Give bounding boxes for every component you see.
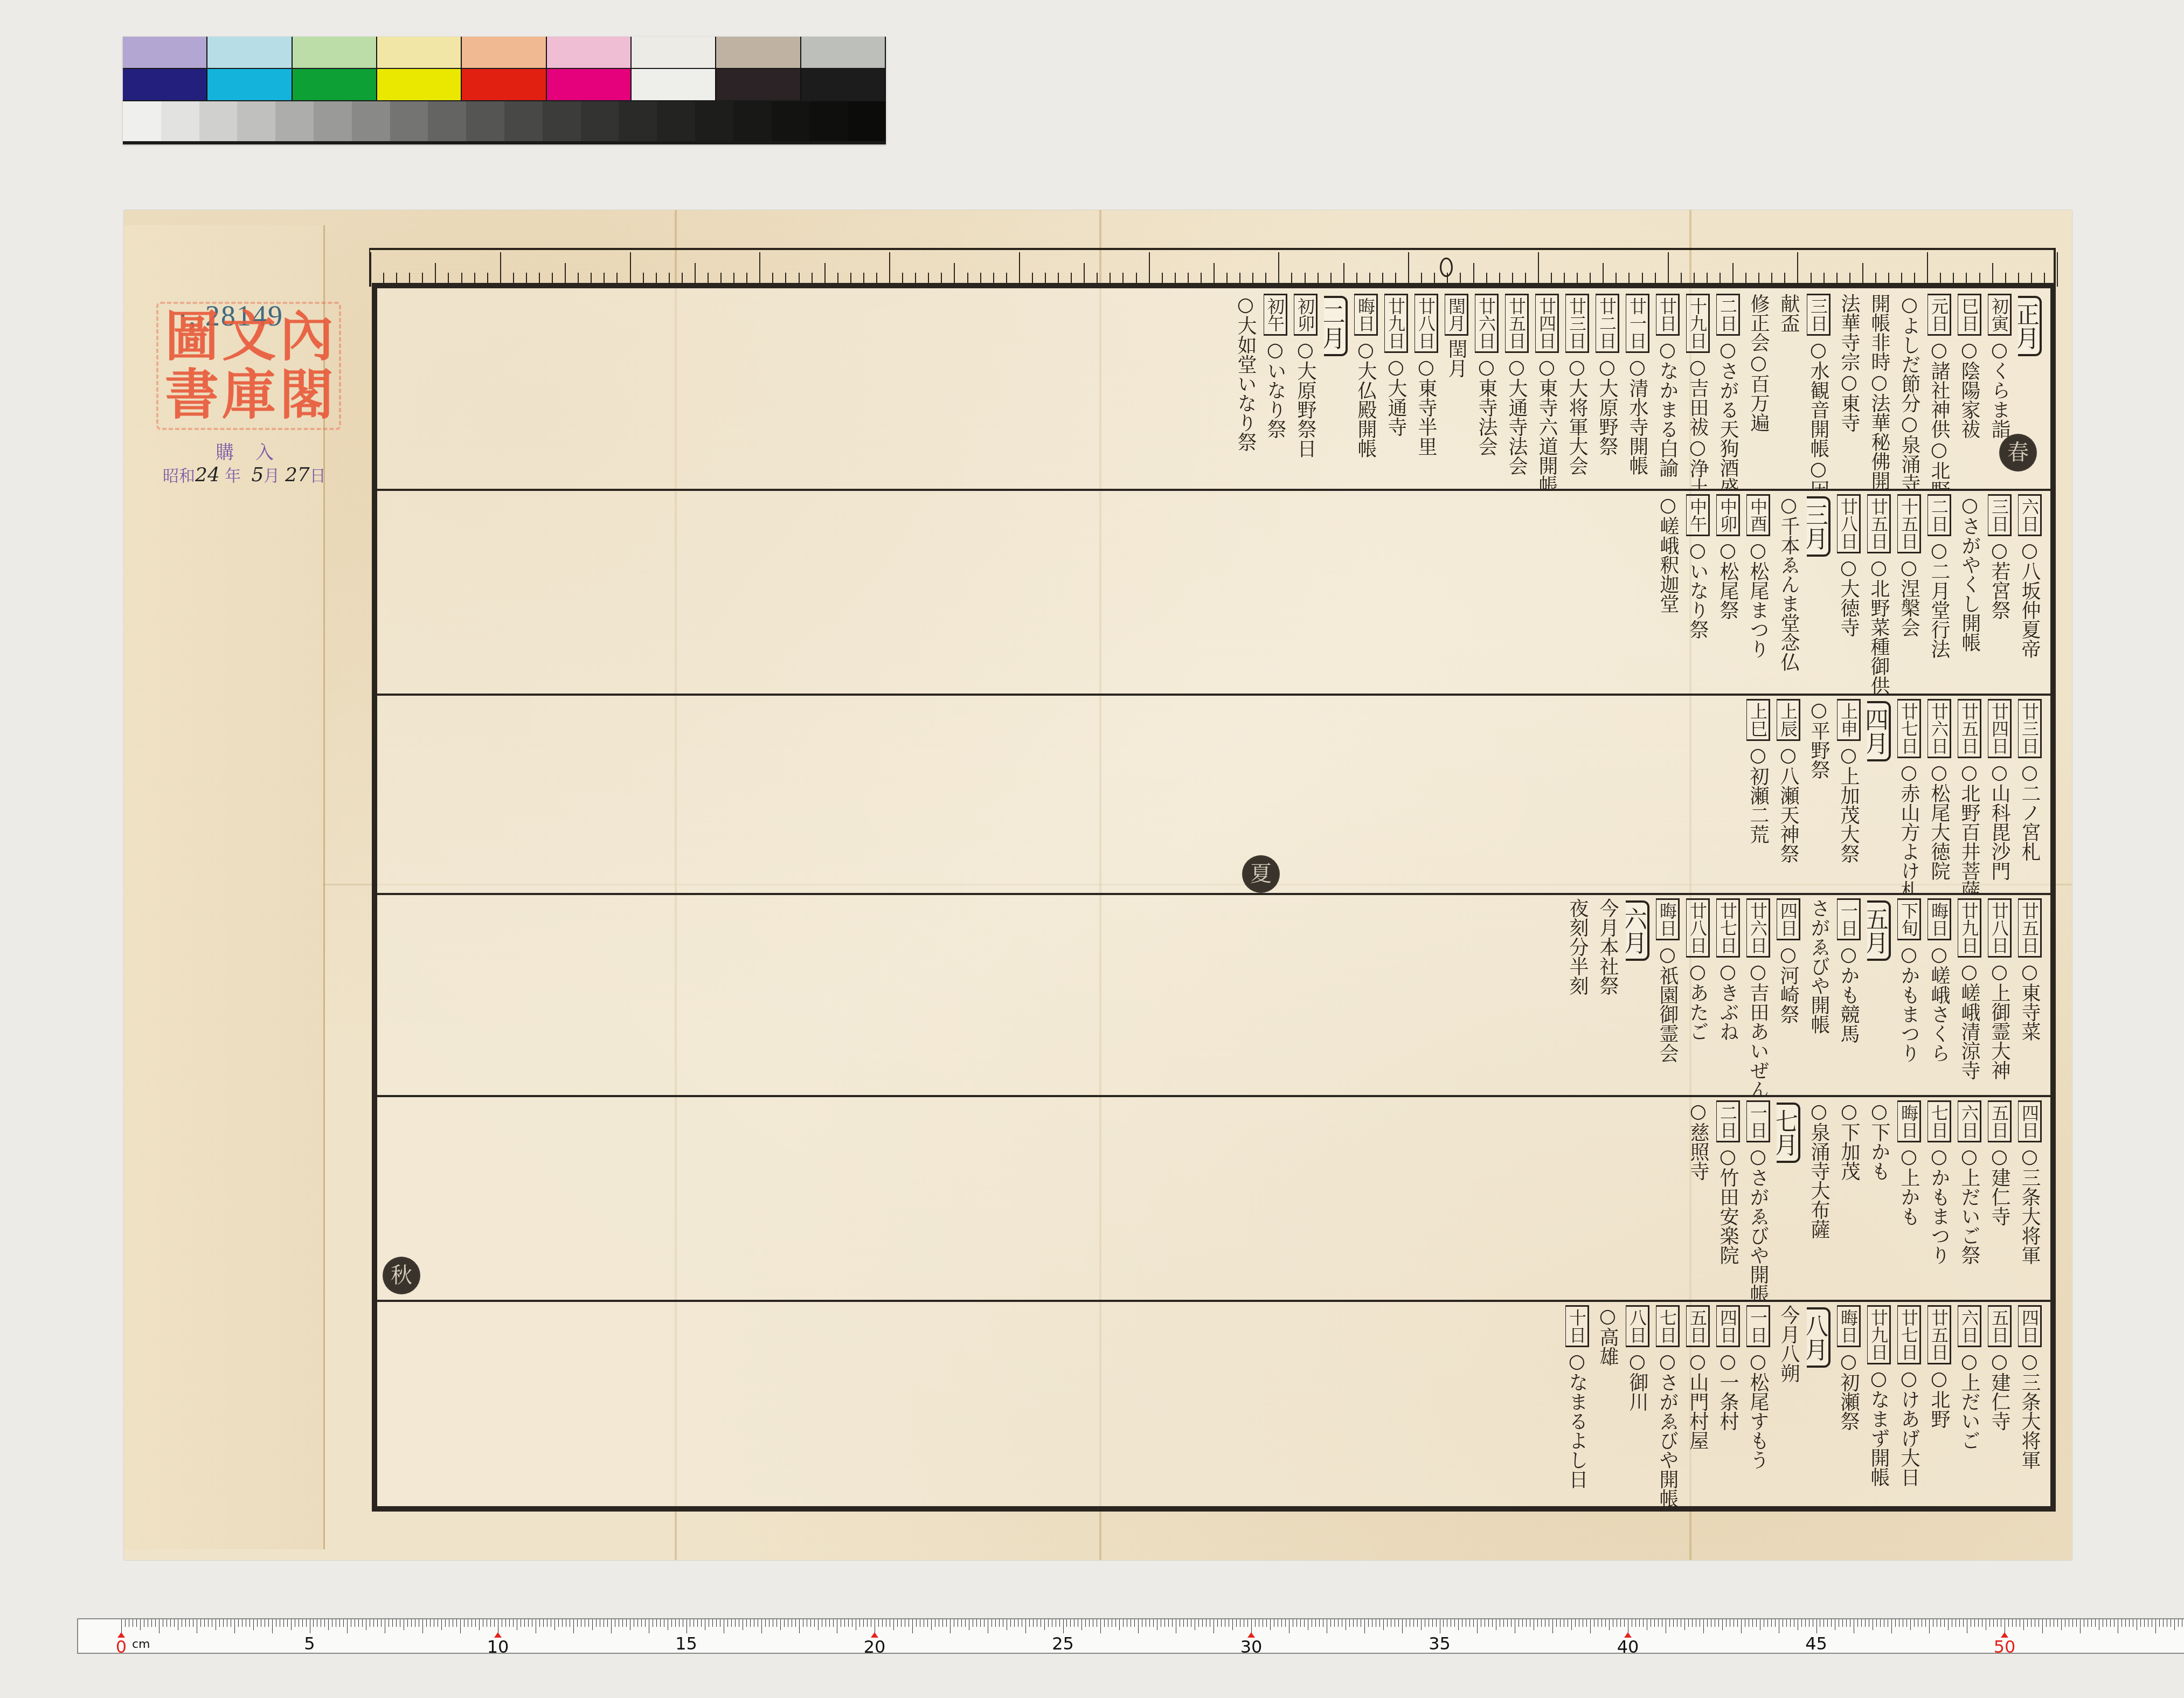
- gray-step: [619, 101, 657, 141]
- ruler-tick: [1726, 1619, 1727, 1627]
- day-label: 四日: [1716, 1305, 1740, 1347]
- ruler-tick: [961, 1619, 962, 1627]
- gray-step: [848, 101, 886, 141]
- event-text: ○かもまつり: [1928, 1146, 1950, 1265]
- ruler-tick: [1334, 1619, 1335, 1627]
- ruler-tick: [1647, 1619, 1647, 1630]
- ruler-tick: [1346, 1619, 1346, 1630]
- ruler-tick: [528, 1619, 529, 1627]
- color-checker-saturated-row: [123, 69, 886, 100]
- ruler-tick: [716, 1619, 717, 1627]
- event-text: ○初瀬祭: [1838, 1350, 1860, 1431]
- event-column: 廿八日○あたご: [1686, 893, 1710, 1095]
- ruler-tick: [456, 1619, 457, 1627]
- month-column: 四月: [1867, 694, 1891, 893]
- ruler-tick: [1967, 1619, 1967, 1633]
- event-column: 廿日○なかまる白諭: [1656, 288, 1680, 489]
- season-seal-秋: 秋: [383, 1257, 420, 1294]
- ruler-tick: [1794, 1619, 1794, 1627]
- event-column: 六日○上だいご祭: [1958, 1095, 1981, 1300]
- day-label: 一日: [1746, 1305, 1770, 1347]
- ruler-tick: [784, 1619, 785, 1627]
- day-label: 三日: [1807, 294, 1831, 336]
- ruler-tick: [185, 1619, 186, 1627]
- ruler-tick: [1745, 1619, 1745, 1627]
- ruler-tick: [1959, 1619, 1960, 1627]
- ruler-tick: [468, 1619, 468, 1627]
- gray-step: [275, 101, 314, 141]
- ruler-tick: [2125, 1619, 2126, 1627]
- day-label: 三日: [1988, 494, 2012, 536]
- ruler-tick: [687, 1619, 687, 1633]
- event-column: 廿八日○東寺半里: [1415, 288, 1438, 489]
- event-text: 開帳非時○法華秘佛開帳○: [1868, 294, 1890, 489]
- day-label: 初卯: [1294, 294, 1318, 336]
- ruler-tick: [498, 1619, 498, 1633]
- ruler-tick: [611, 1619, 612, 1633]
- ruler-tick: [1899, 1619, 1899, 1627]
- ruler-tick: [2148, 1619, 2148, 1627]
- gray-step: [352, 101, 390, 141]
- gray-step: [428, 101, 466, 141]
- ruler-tick: [1010, 1619, 1011, 1627]
- day-label: 上巳: [1746, 699, 1770, 741]
- event-column: 四日○三条大将軍: [2018, 1095, 2042, 1300]
- ruler-tick: [1993, 1619, 1994, 1627]
- gray-step: [161, 101, 199, 141]
- day-label: 二日: [1716, 1100, 1740, 1142]
- ruler-tick: [848, 1619, 849, 1627]
- event-column: 七日○さがゑびや開帳: [1656, 1300, 1680, 1515]
- calendar-band: 正月初寅○くらま詣巳日○陰陽家祓元日○諸社神供○北野法堂○よしだ節分○泉涌寺舎利…: [377, 288, 2050, 491]
- ruler-tick: [746, 1619, 747, 1627]
- scale-tick: [1668, 252, 1669, 287]
- day-label: 晦日: [1897, 1100, 1921, 1142]
- ruler-tick: [901, 1619, 902, 1627]
- ruler-tick: [2133, 1619, 2133, 1627]
- ruler-tick: [1767, 1619, 1768, 1627]
- event-column: 五日○建仁寺: [1988, 1095, 2012, 1300]
- ruler-tick: [641, 1619, 642, 1627]
- month-label: 五月: [1867, 900, 1891, 961]
- ruler-tick: [280, 1619, 280, 1627]
- ruler-tick: [822, 1619, 822, 1627]
- scale-tick: [1019, 252, 1020, 287]
- day-label: 十日: [1565, 1305, 1589, 1347]
- scale-circle-marker: [1440, 258, 1453, 277]
- event-text: ○大徳寺: [1838, 557, 1860, 637]
- ruler-tick: [1933, 1619, 1933, 1627]
- ruler-tick: [204, 1619, 205, 1627]
- ruler-tick: [1368, 1619, 1369, 1627]
- ruler-tick: [1451, 1619, 1451, 1627]
- ruler-tick: [1361, 1619, 1361, 1627]
- ruler-tick: [216, 1619, 216, 1630]
- ruler-tick: [1440, 1619, 1440, 1633]
- day-label: 元日: [1928, 294, 1951, 336]
- ruler-tick: [1609, 1619, 1610, 1630]
- ruler-tick: [1202, 1619, 1203, 1627]
- ruler-tick: [1971, 1619, 1971, 1627]
- ruler-tick: [829, 1619, 830, 1627]
- ruler-tick: [1639, 1619, 1640, 1627]
- ruler-tick: [1244, 1619, 1244, 1627]
- ruler-tick: [1157, 1619, 1157, 1630]
- ruler-tick: [223, 1619, 224, 1627]
- ruler-tick: [856, 1619, 856, 1630]
- event-text: ○いなり祭: [1264, 339, 1286, 439]
- event-column: ○千本ゑんま堂念仏: [1777, 489, 1800, 694]
- ruler-tick: [1519, 1619, 1519, 1627]
- ruler-tick: [1906, 1619, 1907, 1627]
- day-label: 中午: [1686, 494, 1710, 536]
- season-seal-春: 春: [1999, 434, 2037, 472]
- event-column: ○平野祭: [1807, 694, 1831, 893]
- event-text: ○高雄: [1597, 1305, 1619, 1366]
- ruler-tick: [988, 1619, 988, 1633]
- ruler-tick: [1357, 1619, 1357, 1627]
- ruler-tick: [1696, 1619, 1696, 1627]
- ruler-label: 35: [1429, 1633, 1451, 1654]
- event-text: ○東寺半里: [1415, 356, 1437, 456]
- ruler-tick: [1187, 1619, 1188, 1627]
- event-column: 廿五日○東寺菜: [2018, 893, 2042, 1095]
- ruler-tick: [1613, 1619, 1613, 1627]
- ruler-tick: [1353, 1619, 1354, 1627]
- ruler-tick: [2159, 1619, 2160, 1627]
- ruler-tick: [1707, 1619, 1708, 1627]
- day-label: 四日: [1777, 898, 1800, 940]
- ruler-tick: [1986, 1619, 1986, 1630]
- event-text: ○建仁寺: [1988, 1350, 2010, 1431]
- ruler-tick: [1974, 1619, 1975, 1627]
- ruler-tick: [826, 1619, 826, 1627]
- ruler-tick: [2012, 1619, 2013, 1627]
- event-column: 今月八朔: [1777, 1300, 1800, 1515]
- ruler-tick: [980, 1619, 981, 1627]
- gray-step: [466, 101, 504, 141]
- ruler-tick: [389, 1619, 389, 1627]
- ruler-tick: [1496, 1619, 1496, 1630]
- day-label: 晦日: [1837, 1305, 1861, 1347]
- event-column: 五日○建仁寺: [1988, 1300, 2012, 1515]
- ruler-tick: [1715, 1619, 1715, 1627]
- ruler-tick: [2091, 1619, 2092, 1627]
- ruler-tick: [381, 1619, 382, 1627]
- ruler-tick: [1681, 1619, 1681, 1627]
- ruler-tick: [859, 1619, 860, 1627]
- library-seal: 內閣文庫圖書: [156, 302, 341, 430]
- ruler-tick: [2042, 1619, 2043, 1633]
- ruler-tick: [1406, 1619, 1406, 1627]
- ruler-tick: [253, 1619, 254, 1630]
- event-text: 献盃: [1778, 294, 1800, 332]
- event-text: ○大仏殿開帳: [1355, 339, 1377, 458]
- ruler-tick: [1149, 1619, 1150, 1627]
- ruler-tick: [1007, 1619, 1007, 1630]
- event-text: ○いなり祭: [1687, 539, 1709, 639]
- ruler-tick: [336, 1619, 336, 1627]
- ruler-tick: [1507, 1619, 1508, 1627]
- ruler-tick: [585, 1619, 585, 1627]
- ruler-tick: [2080, 1619, 2081, 1633]
- ruler-tick: [656, 1619, 657, 1627]
- ruler-tick: [1263, 1619, 1263, 1627]
- ruler-tick: [1857, 1619, 1858, 1627]
- ruler-tick: [167, 1619, 167, 1627]
- ruler-tick: [1537, 1619, 1538, 1627]
- event-column: 中酉○松尾まつり: [1746, 489, 1770, 694]
- ruler-tick: [1534, 1619, 1534, 1630]
- ruler-tick: [1873, 1619, 1873, 1630]
- ruler-tick: [2001, 1619, 2001, 1627]
- event-text: ○三条大将軍: [2019, 1350, 2041, 1470]
- ruler-tick: [607, 1619, 608, 1627]
- event-text: ○大如堂いなり祭: [1235, 294, 1257, 452]
- ruler-tick: [566, 1619, 566, 1627]
- ruler-tick: [1454, 1619, 1455, 1627]
- ruler-tick: [1749, 1619, 1749, 1627]
- event-text: 閏月: [1445, 339, 1467, 378]
- event-column: 二日○二月堂行法: [1928, 489, 1951, 694]
- day-label: 廿七日: [1897, 699, 1921, 758]
- ruler-tick: [2072, 1619, 2073, 1627]
- event-column: 廿七日○きぶね: [1716, 893, 1740, 1095]
- ruler-tick: [653, 1619, 653, 1627]
- ruler-tick: [2174, 1619, 2175, 1630]
- ruler-tick: [1485, 1619, 1485, 1627]
- ruler-tick: [445, 1619, 446, 1627]
- ruler-tick: [1089, 1619, 1090, 1627]
- color-swatch: [377, 69, 462, 100]
- event-text: ○一条村: [1717, 1350, 1739, 1431]
- ruler-tick: [347, 1619, 348, 1633]
- event-text: 修正会○百万遍: [1748, 294, 1770, 432]
- seal-character: 庫: [222, 368, 276, 421]
- ruler-tick: [1575, 1619, 1576, 1627]
- ruler-label: 20: [864, 1637, 886, 1657]
- ruler-tick: [1289, 1619, 1289, 1633]
- ruler-tick: [1617, 1619, 1617, 1627]
- ruler-tick: [1515, 1619, 1515, 1633]
- ruler-tick: [193, 1619, 193, 1627]
- ruler-label: 45: [1805, 1633, 1827, 1654]
- ruler-tick: [358, 1619, 359, 1627]
- ruler-tick: [1571, 1619, 1572, 1630]
- gray-step: [695, 101, 733, 141]
- ruler-tick: [494, 1619, 495, 1627]
- ruler-tick: [939, 1619, 939, 1627]
- ruler-tick: [1473, 1619, 1474, 1627]
- ruler-tick: [999, 1619, 1000, 1627]
- ruler-tick: [129, 1619, 129, 1627]
- gray-step: [543, 101, 581, 141]
- ruler-tick: [1492, 1619, 1493, 1627]
- ruler-tick: [182, 1619, 182, 1627]
- ruler-tick: [1225, 1619, 1225, 1627]
- day-label: 廿四日: [1535, 294, 1559, 353]
- color-swatch: [377, 37, 462, 68]
- top-measuring-scale: [369, 248, 2056, 287]
- ruler-tick: [1552, 1619, 1553, 1633]
- event-text: ○祇園御霊会: [1656, 944, 1679, 1063]
- ruler-tick: [299, 1619, 299, 1627]
- event-column: 中午○いなり祭: [1686, 489, 1710, 694]
- event-column: 廿二日○大原野祭: [1596, 288, 1619, 489]
- band-columns: 四日○三条大将軍五日○建仁寺六日○上だいご祭七日○かもまつり晦日○上かも○下かも…: [377, 1095, 2050, 1300]
- event-text: ○八瀬天神祭: [1777, 744, 1799, 863]
- ruler-tick: [1583, 1619, 1583, 1627]
- ruler-tick: [664, 1619, 664, 1627]
- ruler-tick: [1112, 1619, 1112, 1627]
- ruler-tick: [1131, 1619, 1131, 1627]
- ruler-tick: [1387, 1619, 1388, 1627]
- ruler-tick: [1003, 1619, 1003, 1627]
- ruler-tick: [1429, 1619, 1429, 1627]
- ruler-tick: [668, 1619, 668, 1630]
- ruler-tick: [1402, 1619, 1403, 1633]
- ruler-tick: [1044, 1619, 1045, 1630]
- month-label: 七月: [1777, 1103, 1800, 1163]
- event-text: 今月八朔: [1778, 1305, 1800, 1383]
- scale-tick: [630, 252, 631, 287]
- ruler-tick: [1037, 1619, 1037, 1627]
- event-text: ○さがゑびや開帳: [1747, 1146, 1769, 1300]
- ruler-tick: [1410, 1619, 1410, 1627]
- ruler-tick: [1138, 1619, 1139, 1633]
- ruler-tick: [351, 1619, 351, 1627]
- ruler-tick: [1315, 1619, 1316, 1627]
- ruler-tick: [1632, 1619, 1632, 1627]
- ruler-tick: [1014, 1619, 1015, 1627]
- event-column: 廿五日○大通寺法会: [1505, 288, 1529, 489]
- day-label: 七日: [1928, 1100, 1951, 1142]
- event-text: ○吉田あいぜん: [1747, 961, 1769, 1095]
- event-text: ○二月堂行法: [1928, 539, 1950, 659]
- ruler-tick: [1850, 1619, 1850, 1627]
- day-label: 晦日: [1656, 898, 1680, 940]
- month-column: 七月: [1777, 1095, 1800, 1300]
- day-label: 下旬: [1897, 898, 1921, 940]
- event-text: ○平野祭: [1808, 699, 1830, 779]
- ruler-tick: [1349, 1619, 1350, 1627]
- ruler-tick: [1100, 1619, 1101, 1633]
- gray-step: [581, 101, 619, 141]
- day-label: 中卯: [1716, 494, 1740, 536]
- ruler-tick: [1300, 1619, 1301, 1627]
- ruler-label: 0: [116, 1637, 127, 1657]
- ruler-tick: [276, 1619, 276, 1627]
- ruler-tick: [1481, 1619, 1481, 1627]
- ruler-tick: [724, 1619, 724, 1633]
- event-column: 廿四日○山科毘沙門: [1988, 694, 2012, 893]
- ruler-tick: [976, 1619, 977, 1627]
- ruler-tick: [524, 1619, 525, 1627]
- event-text: ○千本ゑんま堂念仏: [1778, 494, 1800, 671]
- seal-character: 文: [222, 309, 276, 363]
- ruler-tick: [306, 1619, 307, 1627]
- ruler-tick: [1824, 1619, 1824, 1627]
- ruler-tick: [886, 1619, 886, 1627]
- event-column: 二日○さがる天狗酒盛: [1716, 288, 1740, 489]
- ruler-tick: [626, 1619, 627, 1627]
- ruler-tick: [547, 1619, 547, 1627]
- ruler-tick: [257, 1619, 258, 1627]
- color-checker: [123, 37, 886, 144]
- ruler-tick: [151, 1619, 152, 1627]
- ruler-tick: [810, 1619, 811, 1627]
- color-swatch: [123, 69, 207, 100]
- ruler-tick: [867, 1619, 868, 1627]
- ruler-tick: [464, 1619, 464, 1627]
- ruler-tick: [1651, 1619, 1651, 1627]
- scale-tick: [1278, 252, 1279, 287]
- ruler-tick: [2039, 1619, 2039, 1627]
- ruler-tick: [261, 1619, 261, 1627]
- ruler-tick: [2008, 1619, 2009, 1627]
- day-label: 初寅: [1988, 294, 2012, 336]
- ruler-tick: [373, 1619, 374, 1627]
- ruler-tick: [1081, 1619, 1082, 1630]
- ruler-tick: [2106, 1619, 2107, 1627]
- ruler-tick: [532, 1619, 532, 1627]
- event-text: ○慈照寺: [1687, 1100, 1709, 1181]
- ruler-tick: [912, 1619, 913, 1633]
- ruler-tick: [1673, 1619, 1674, 1627]
- day-label: 四日: [2018, 1100, 2042, 1142]
- ruler-tick: [1568, 1619, 1568, 1627]
- ruler-tick: [163, 1619, 163, 1627]
- ruler-tick: [984, 1619, 984, 1627]
- day-label: 廿四日: [1988, 699, 2012, 758]
- ruler-tick: [1801, 1619, 1802, 1627]
- ruler-tick: [121, 1619, 122, 1633]
- ruler-tick: [426, 1619, 427, 1627]
- event-column: 上巳○初瀬二荒: [1746, 694, 1770, 893]
- ruler-tick: [1549, 1619, 1549, 1627]
- event-text: ○若宮祭: [1988, 539, 2010, 620]
- ruler-tick: [332, 1619, 332, 1627]
- ruler-tick: [1835, 1619, 1835, 1630]
- day-label: 四日: [2018, 1305, 2042, 1347]
- ruler-tick: [1172, 1619, 1173, 1627]
- ruler-tick: [1635, 1619, 1636, 1627]
- ruler-tick: [878, 1619, 879, 1627]
- measurement-ruler: 05101520253035404550cm: [77, 1618, 2184, 1654]
- event-text: ○東寺菜: [2019, 961, 2041, 1041]
- day-label: 閏月: [1445, 294, 1468, 336]
- ruler-tick: [1775, 1619, 1776, 1627]
- ruler-tick: [1779, 1619, 1779, 1633]
- ruler-tick: [1146, 1619, 1146, 1627]
- ruler-tick: [1948, 1619, 1949, 1630]
- purchase-date-stamp: 昭和24 年 5月 27日: [163, 462, 326, 486]
- ruler-tick: [1654, 1619, 1655, 1627]
- ruler-tick: [1658, 1619, 1659, 1627]
- ruler-tick: [1895, 1619, 1896, 1627]
- event-column: 三日○若宮祭: [1988, 489, 2012, 694]
- ruler-tick: [1142, 1619, 1142, 1627]
- calendar-band: 六日○八坂仲夏帝三日○若宮祭○さがやくし開帳二日○二月堂行法十五日○涅槃会廿五日…: [377, 489, 2050, 696]
- ruler-tick: [1029, 1619, 1030, 1627]
- ruler-tick: [814, 1619, 815, 1627]
- seal-character: 內: [280, 309, 334, 363]
- event-text: ○大通寺: [1385, 356, 1407, 436]
- event-column: 初午○いなり祭: [1264, 288, 1287, 489]
- color-swatch: [462, 37, 546, 68]
- ruler-tick: [675, 1619, 676, 1627]
- ruler-tick: [1839, 1619, 1839, 1627]
